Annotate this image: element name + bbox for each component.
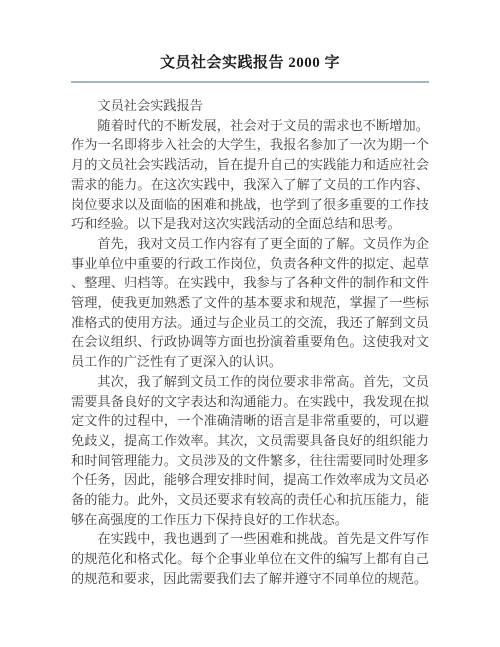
title-divider — [71, 81, 429, 83]
document-body: 文员社会实践报告 随着时代的不断发展，社会对于文员的需求也不断增加。作为一名即将… — [71, 96, 429, 589]
paragraph: 首先，我对文员工作内容有了更全面的了解。文员作为企事业单位中重要的行政工作岗位，… — [71, 234, 429, 372]
page-title: 文员社会实践报告 2000 字 — [71, 53, 429, 73]
paragraph-heading-line: 文员社会实践报告 — [71, 96, 429, 116]
paragraph: 在实践中，我也遇到了一些困难和挑战。首先是文件写作的规范化和格式化。每个企事业单… — [71, 529, 429, 588]
document-page: 文员社会实践报告 2000 字 文员社会实践报告 随着时代的不断发展，社会对于文… — [0, 0, 500, 647]
paragraph: 其次，我了解到文员工作的岗位要求非常高。首先，文员需要具备良好的文字表达和沟通能… — [71, 372, 429, 530]
paragraph: 随着时代的不断发展，社会对于文员的需求也不断增加。作为一名即将步入社会的大学生，… — [71, 116, 429, 234]
